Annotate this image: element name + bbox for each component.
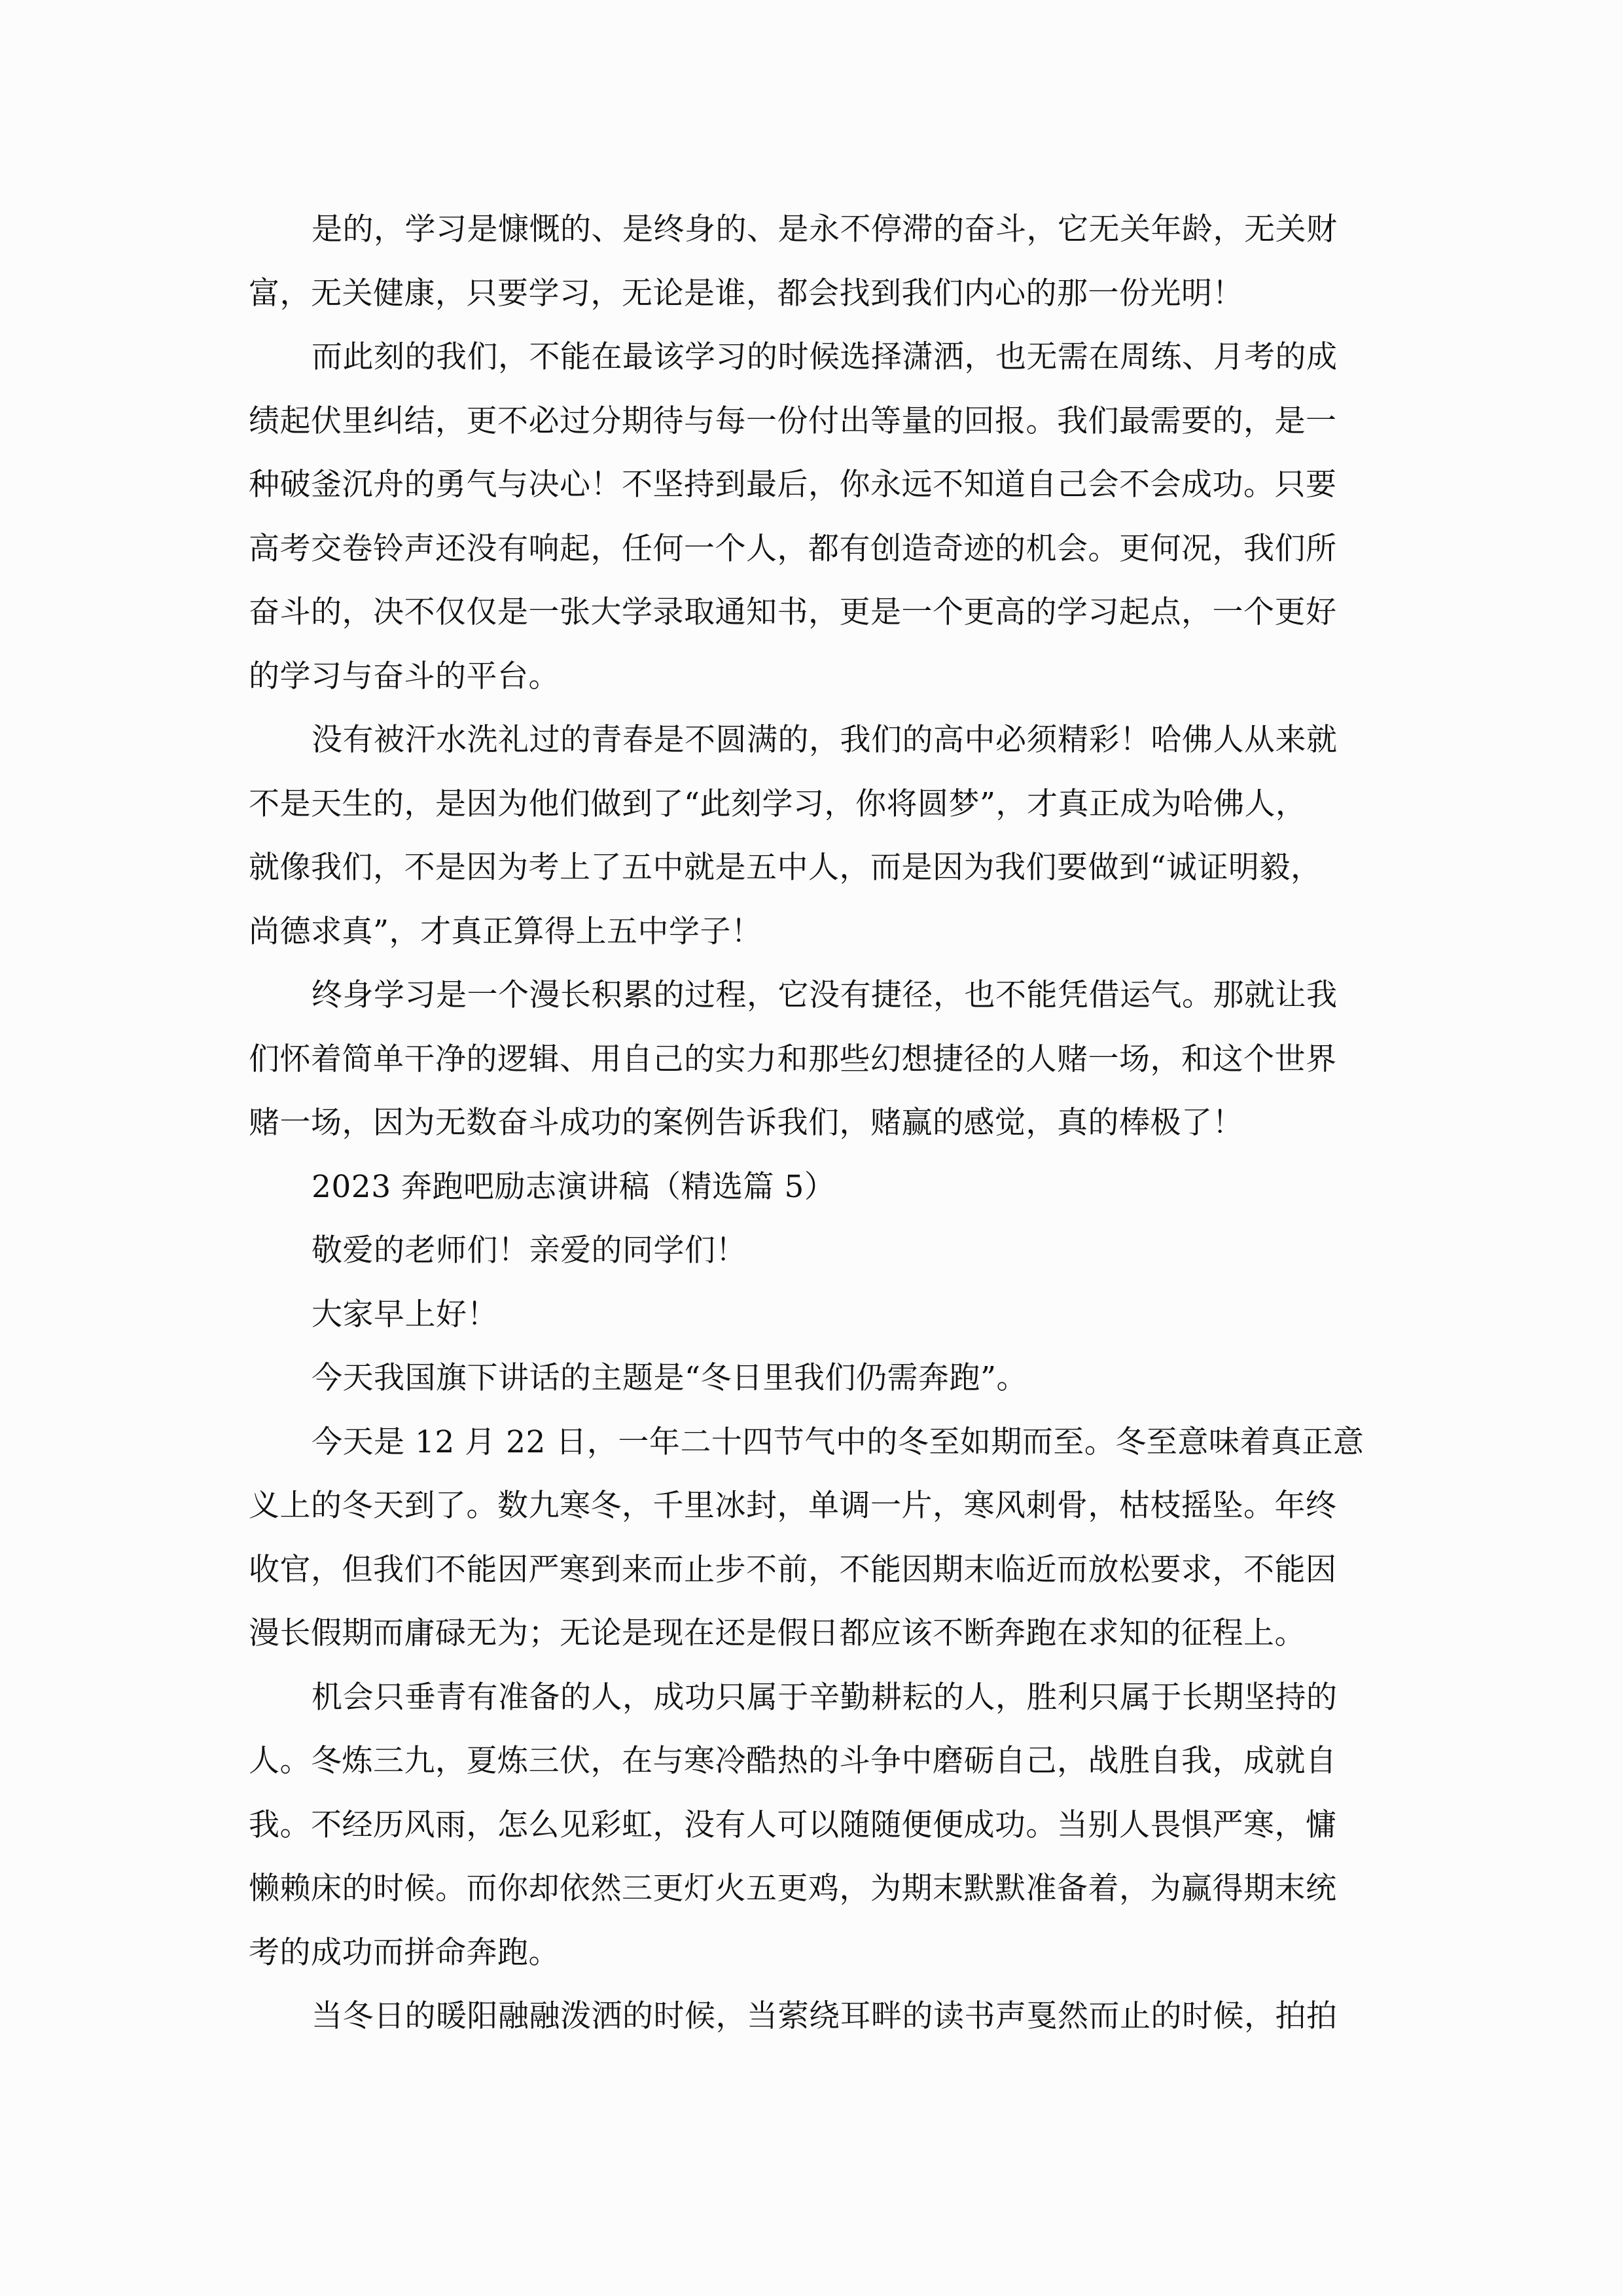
- paragraph-line: 没有被汗水洗礼过的青春是不圆满的，我们的高中必须精彩！哈佛人从来就: [249, 708, 1387, 772]
- paragraph-line: 而此刻的我们，不能在最该学习的时候选择潇洒，也无需在周练、月考的成: [249, 325, 1387, 389]
- speech-topic: 今天我国旗下讲话的主题是“冬日里我们仍需奔跑”。: [249, 1346, 1387, 1410]
- document-page: 是的，学习是慷慨的、是终身的、是永不停滞的奋斗，它无关年龄，无关财 富，无关健康…: [0, 0, 1623, 2296]
- paragraph-line: 就像我们，不是因为考上了五中就是五中人，而是因为我们要做到“诚证明毅，: [249, 836, 1387, 900]
- paragraph-line: 我。不经历风雨，怎么见彩虹，没有人可以随随便便成功。当别人畏惧严寒，慵: [249, 1793, 1387, 1857]
- paragraph-line: 收官，但我们不能因严寒到来而止步不前，不能因期末临近而放松要求，不能因: [249, 1538, 1387, 1602]
- paragraph-line: 义上的冬天到了。数九寒冬，千里冰封，单调一片，寒风刺骨，枯枝摇坠。年终: [249, 1474, 1387, 1538]
- paragraph-line: 们怀着简单干净的逻辑、用自己的实力和那些幻想捷径的人赌一场，和这个世界: [249, 1028, 1387, 1092]
- paragraph-line: 考的成功而拼命奔跑。: [249, 1921, 1387, 1985]
- section-heading: 2023 奔跑吧励志演讲稿（精选篇 5）: [249, 1155, 1387, 1219]
- paragraph-line: 富，无关健康，只要学习，无论是谁，都会找到我们内心的那一份光明！: [249, 262, 1387, 326]
- paragraph-line: 今天是 12 月 22 日，一年二十四节气中的冬至如期而至。冬至意味着真正意: [249, 1410, 1387, 1475]
- paragraph-line: 懒赖床的时候。而你却依然三更灯火五更鸡，为期末默默准备着，为赢得期末统: [249, 1857, 1387, 1921]
- paragraph-line: 漫长假期而庸碌无为；无论是现在还是假日都应该不断奔跑在求知的征程上。: [249, 1602, 1387, 1666]
- paragraph-line: 机会只垂青有准备的人，成功只属于辛勤耕耘的人，胜利只属于长期坚持的: [249, 1666, 1387, 1730]
- paragraph-line: 当冬日的暖阳融融泼洒的时候，当萦绕耳畔的读书声戛然而止的时候，拍拍: [249, 1984, 1387, 2049]
- paragraph-line: 种破釜沉舟的勇气与决心！不坚持到最后，你永远不知道自己会不会成功。只要: [249, 453, 1387, 517]
- paragraph-line: 高考交卷铃声还没有响起，任何一个人，都有创造奇迹的机会。更何况，我们所: [249, 517, 1387, 581]
- paragraph-line: 绩起伏里纠结，更不必过分期待与每一份付出等量的回报。我们最需要的，是一: [249, 389, 1387, 454]
- paragraph-line: 奋斗的，决不仅仅是一张大学录取通知书，更是一个更高的学习起点，一个更好: [249, 581, 1387, 645]
- salutation: 敬爱的老师们！亲爱的同学们！: [249, 1219, 1387, 1283]
- paragraph-line: 人。冬炼三九，夏炼三伏，在与寒冷酷热的斗争中磨砺自己，战胜自我，成就自: [249, 1729, 1387, 1793]
- paragraph-line: 的学习与奋斗的平台。: [249, 645, 1387, 709]
- document-body: 是的，学习是慷慨的、是终身的、是永不停滞的奋斗，它无关年龄，无关财 富，无关健康…: [249, 198, 1387, 2049]
- greeting: 大家早上好！: [249, 1283, 1387, 1347]
- paragraph-line: 赌一场，因为无数奋斗成功的案例告诉我们，赌赢的感觉，真的棒极了！: [249, 1091, 1387, 1155]
- paragraph-line: 尚德求真”，才真正算得上五中学子！: [249, 900, 1387, 964]
- paragraph-line: 不是天生的，是因为他们做到了“此刻学习，你将圆梦”，才真正成为哈佛人，: [249, 772, 1387, 836]
- paragraph-line: 终身学习是一个漫长积累的过程，它没有捷径，也不能凭借运气。那就让我: [249, 963, 1387, 1028]
- paragraph-line: 是的，学习是慷慨的、是终身的、是永不停滞的奋斗，它无关年龄，无关财: [249, 198, 1387, 262]
